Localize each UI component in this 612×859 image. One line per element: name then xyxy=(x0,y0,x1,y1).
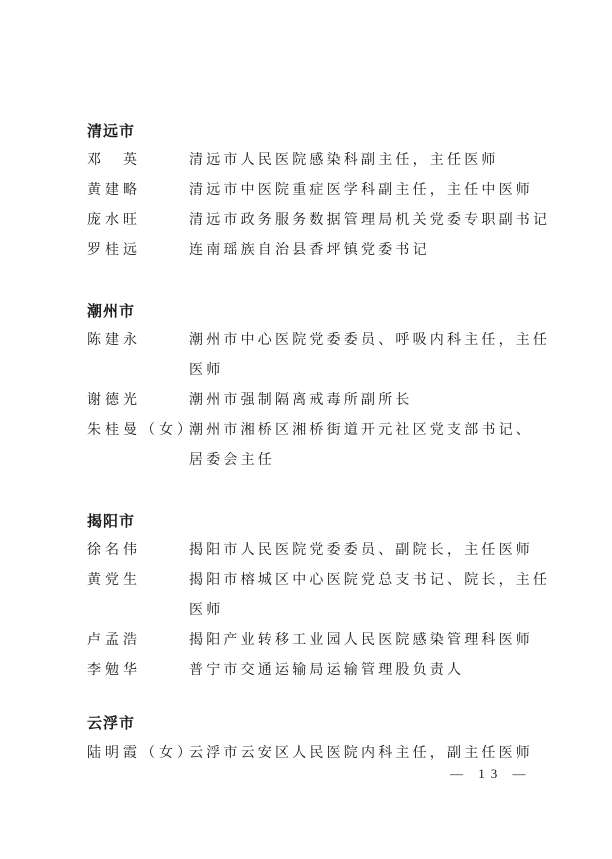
section-heading-city: 清远市 xyxy=(87,120,135,141)
person-name: 陆明霞（女） xyxy=(87,738,195,768)
section-heading-city: 云浮市 xyxy=(87,712,135,733)
person-name: 邓 英 xyxy=(87,145,141,175)
person-name: 庞水旺 xyxy=(87,205,141,235)
person-role: 云浮市云安区人民医院内科主任，副主任医师 xyxy=(189,738,529,768)
role-line: 清远市政务服务数据管理局机关党委专职副书记 xyxy=(189,205,529,235)
role-line: 潮州市中心医院党委委员、呼吸内科主任，主任 xyxy=(189,325,529,355)
role-line: 医师 xyxy=(189,355,529,385)
role-line: 医师 xyxy=(189,595,529,625)
person-role: 揭阳产业转移工业园人民医院感染管理科医师 xyxy=(189,625,529,655)
person-name: 陈建永 xyxy=(87,325,141,355)
role-line: 云浮市云安区人民医院内科主任，副主任医师 xyxy=(189,738,529,768)
person-name: 黄建略 xyxy=(87,175,141,205)
person-name: 罗桂远 xyxy=(87,235,141,265)
role-line: 揭阳产业转移工业园人民医院感染管理科医师 xyxy=(189,625,529,655)
section-heading-city: 潮州市 xyxy=(87,300,135,321)
person-role: 揭阳市人民医院党委委员、副院长，主任医师 xyxy=(189,535,529,565)
section-heading-city: 揭阳市 xyxy=(87,510,135,531)
person-role: 潮州市湘桥区湘桥街道开元社区党支部书记、居委会主任 xyxy=(189,415,529,475)
document-page: 清远市邓 英清远市人民医院感染科副主任，主任医师黄建略清远市中医院重症医学科副主… xyxy=(0,0,612,859)
person-name: 黄党生 xyxy=(87,565,141,595)
person-name: 谢德光 xyxy=(87,385,141,415)
role-line: 潮州市湘桥区湘桥街道开元社区党支部书记、 xyxy=(189,415,529,445)
person-role: 连南瑶族自治县香坪镇党委书记 xyxy=(189,235,529,265)
person-role: 清远市中医院重症医学科副主任，主任中医师 xyxy=(189,175,529,205)
person-role: 清远市人民医院感染科副主任，主任医师 xyxy=(189,145,529,175)
role-line: 揭阳市人民医院党委委员、副院长，主任医师 xyxy=(189,535,529,565)
person-role: 普宁市交通运输局运输管理股负责人 xyxy=(189,655,529,685)
person-name: 朱桂曼（女） xyxy=(87,415,195,445)
role-line: 潮州市强制隔离戒毒所副所长 xyxy=(189,385,529,415)
role-line: 普宁市交通运输局运输管理股负责人 xyxy=(189,655,529,685)
person-role: 揭阳市榕城区中心医院党总支书记、院长，主任医师 xyxy=(189,565,529,625)
person-name: 徐名伟 xyxy=(87,535,141,565)
role-line: 居委会主任 xyxy=(189,445,529,475)
person-role: 潮州市强制隔离戒毒所副所长 xyxy=(189,385,529,415)
person-role: 潮州市中心医院党委委员、呼吸内科主任，主任医师 xyxy=(189,325,529,385)
role-line: 揭阳市榕城区中心医院党总支书记、院长，主任 xyxy=(189,565,529,595)
person-role: 清远市政务服务数据管理局机关党委专职副书记 xyxy=(189,205,529,235)
person-name: 卢孟浩 xyxy=(87,625,141,655)
role-line: 清远市人民医院感染科副主任，主任医师 xyxy=(189,145,529,175)
role-line: 连南瑶族自治县香坪镇党委书记 xyxy=(189,235,529,265)
role-line: 清远市中医院重症医学科副主任，主任中医师 xyxy=(189,175,529,205)
page-number: — 13 — xyxy=(450,766,532,782)
person-name: 李勉华 xyxy=(87,655,141,685)
